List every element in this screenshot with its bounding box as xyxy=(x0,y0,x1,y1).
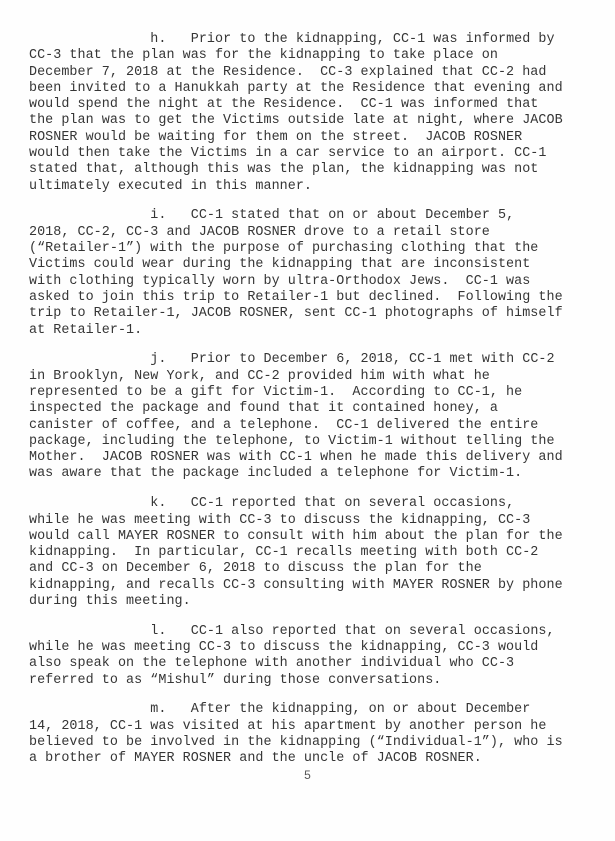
paragraph-line: After the kidnapping, on or about Decemb… xyxy=(191,702,531,717)
paragraph-line: 2018, CC-2, CC-3 and JACOB ROSNER drove … xyxy=(29,225,589,241)
paragraph-line: Mother. JACOB ROSNER was with CC-1 when … xyxy=(29,450,589,466)
document-body: h. Prior to the kidnapping, CC-1 was inf… xyxy=(29,32,589,781)
paragraph-line: stated that, although this was the plan,… xyxy=(29,162,589,178)
paragraph-line: ROSNER would be waiting for them on the … xyxy=(29,130,589,146)
paragraph-m: m. After the kidnapping, on or about Dec… xyxy=(29,702,589,767)
paragraph-line: a brother of MAYER ROSNER and the uncle … xyxy=(29,751,589,767)
paragraph-label: h. xyxy=(150,32,166,47)
paragraph-line: ultimately executed in this manner. xyxy=(29,179,589,195)
paragraph-line: Prior to December 6, 2018, CC-1 met with… xyxy=(191,352,555,367)
paragraph-line: while he was meeting with CC-3 to discus… xyxy=(29,513,589,529)
paragraph-line: CC-1 also reported that on several occas… xyxy=(191,624,555,639)
paragraph-line: inspected the package and found that it … xyxy=(29,401,589,417)
paragraph-k: k. CC-1 reported that on several occasio… xyxy=(29,496,589,610)
paragraph-line: December 7, 2018 at the Residence. CC-3 … xyxy=(29,65,589,81)
paragraph-label: k. xyxy=(150,496,166,511)
document-page: h. Prior to the kidnapping, CC-1 was inf… xyxy=(0,0,615,841)
paragraph-label: j. xyxy=(150,352,166,367)
paragraph-line: in Brooklyn, New York, and CC-2 provided… xyxy=(29,369,589,385)
paragraph-line: while he was meeting CC-3 to discuss the… xyxy=(29,640,589,656)
paragraph-line: been invited to a Hanukkah party at the … xyxy=(29,81,589,97)
paragraph-line: asked to join this trip to Retailer-1 bu… xyxy=(29,290,589,306)
paragraph-line: the plan was to get the Victims outside … xyxy=(29,113,589,129)
paragraph-line: referred to as “Mishul” during those con… xyxy=(29,673,589,689)
paragraph-line: CC-3 that the plan was for the kidnappin… xyxy=(29,48,589,64)
paragraph-label: l. xyxy=(150,624,166,639)
paragraph-line: 14, 2018, CC-1 was visited at his apartm… xyxy=(29,719,589,735)
paragraph-line: trip to Retailer-1, JACOB ROSNER, sent C… xyxy=(29,306,589,322)
paragraph-line: represented to be a gift for Victim-1. A… xyxy=(29,385,589,401)
paragraph-i: i. CC-1 stated that on or about December… xyxy=(29,208,589,338)
paragraph-line: also speak on the telephone with another… xyxy=(29,656,589,672)
paragraph-label: m. xyxy=(150,702,166,717)
paragraph-line: canister of coffee, and a telephone. CC-… xyxy=(29,418,589,434)
paragraph-line: at Retailer-1. xyxy=(29,323,589,339)
paragraph-line: would spend the night at the Residence. … xyxy=(29,97,589,113)
paragraph-line: was aware that the package included a te… xyxy=(29,466,589,482)
paragraph-line: CC-1 reported that on several occasions, xyxy=(191,496,514,511)
paragraph-line: would call MAYER ROSNER to consult with … xyxy=(29,529,589,545)
paragraph-line: during this meeting. xyxy=(29,594,589,610)
page-number: 5 xyxy=(0,768,615,782)
paragraph-line: (“Retailer-1”) with the purpose of purch… xyxy=(29,241,589,257)
paragraph-line: kidnapping. In particular, CC-1 recalls … xyxy=(29,545,589,561)
paragraph-line: Victims could wear during the kidnapping… xyxy=(29,257,589,273)
paragraph-line: CC-1 stated that on or about December 5, xyxy=(191,208,514,223)
paragraph-h: h. Prior to the kidnapping, CC-1 was inf… xyxy=(29,32,589,195)
paragraph-j: j. Prior to December 6, 2018, CC-1 met w… xyxy=(29,352,589,482)
paragraph-label: i. xyxy=(150,208,166,223)
paragraph-line: kidnapping, and recalls CC-3 consulting … xyxy=(29,578,589,594)
paragraph-line: Prior to the kidnapping, CC-1 was inform… xyxy=(191,32,555,47)
paragraph-line: with clothing typically worn by ultra-Or… xyxy=(29,274,589,290)
paragraph-line: package, including the telephone, to Vic… xyxy=(29,434,589,450)
paragraph-line: believed to be involved in the kidnappin… xyxy=(29,735,589,751)
paragraph-line: and CC-3 on December 6, 2018 to discuss … xyxy=(29,561,589,577)
paragraph-line: would then take the Victims in a car ser… xyxy=(29,146,589,162)
paragraph-l: l. CC-1 also reported that on several oc… xyxy=(29,624,589,689)
